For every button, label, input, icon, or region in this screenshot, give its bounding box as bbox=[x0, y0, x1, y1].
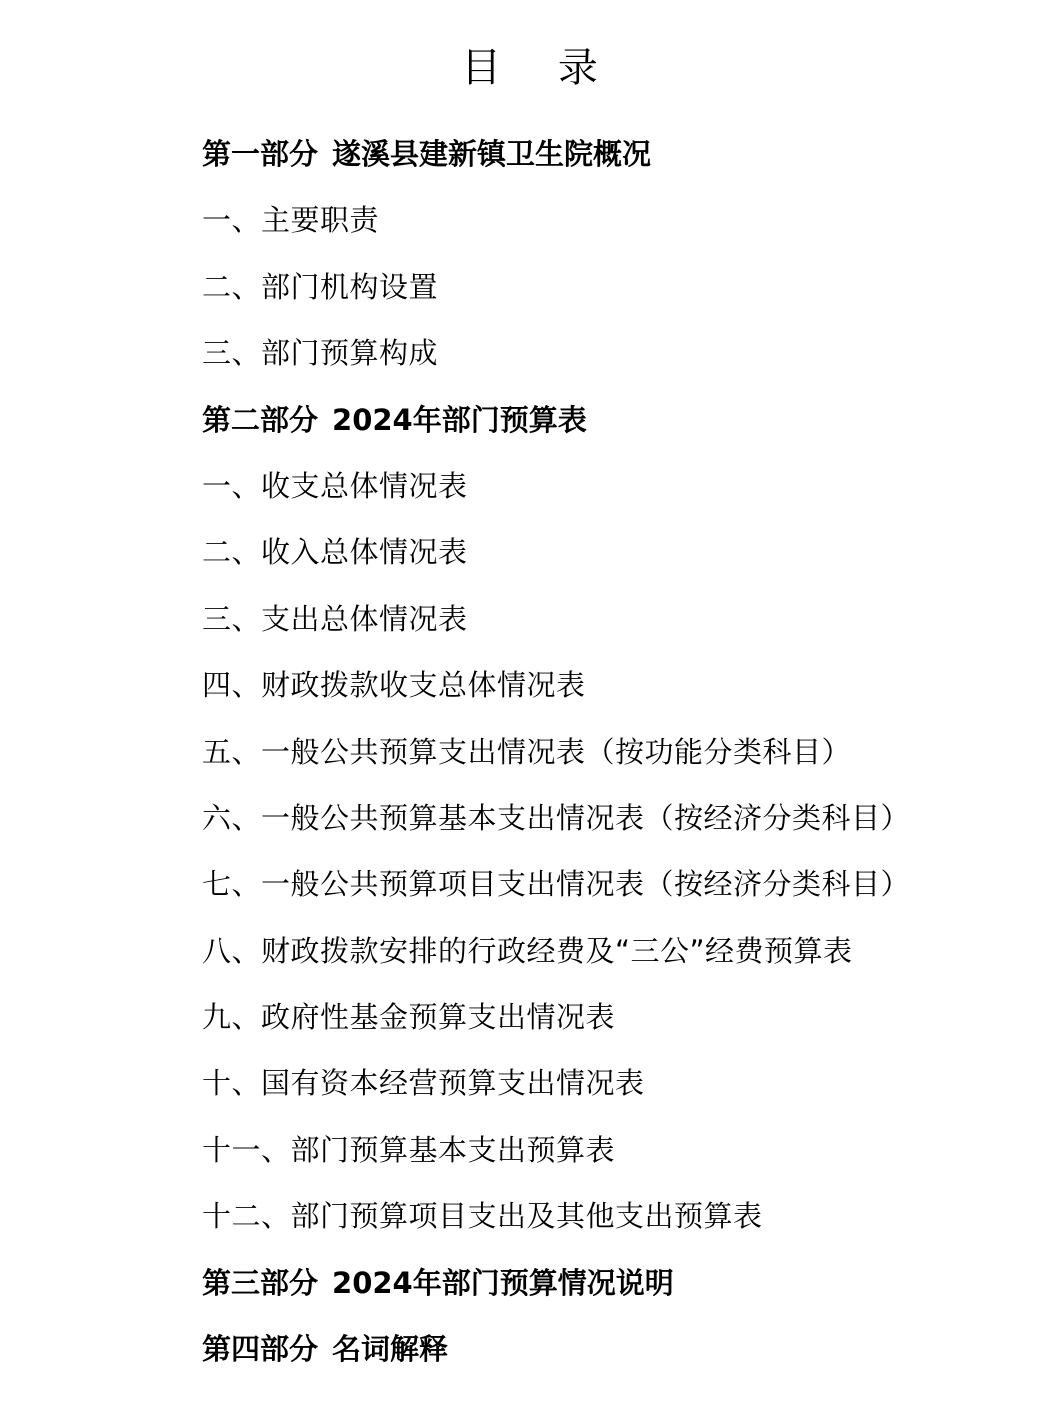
part-title: 遂溪县建新镇卫生院概况 bbox=[332, 137, 651, 171]
part-label: 第二部分 bbox=[202, 403, 318, 437]
toc-part-4: 第四部分名词解释 bbox=[202, 1328, 910, 1394]
toc-part-1: 第一部分遂溪县建新镇卫生院概况 bbox=[202, 133, 910, 199]
part-label: 第三部分 bbox=[202, 1266, 318, 1300]
part-label: 第四部分 bbox=[202, 1332, 318, 1366]
toc-item: 十二、部门预算项目支出及其他支出预算表 bbox=[202, 1195, 910, 1261]
toc-item: 一、主要职责 bbox=[202, 199, 910, 265]
part-title: 名词解释 bbox=[332, 1332, 448, 1366]
toc-item: 九、政府性基金预算支出情况表 bbox=[202, 996, 910, 1062]
toc-item: 七、一般公共预算项目支出情况表（按经济分类科目） bbox=[202, 863, 910, 929]
toc-item: 四、财政拨款收支总体情况表 bbox=[202, 664, 910, 730]
toc-list: 第一部分遂溪县建新镇卫生院概况 一、主要职责 二、部门机构设置 三、部门预算构成… bbox=[202, 133, 910, 1394]
toc-title: 目 录 bbox=[0, 40, 1051, 96]
toc-part-2: 第二部分2024年部门预算表 bbox=[202, 399, 910, 465]
document-page: 目 录 第一部分遂溪县建新镇卫生院概况 一、主要职责 二、部门机构设置 三、部门… bbox=[0, 0, 1051, 1401]
toc-part-3: 第三部分2024年部门预算情况说明 bbox=[202, 1262, 910, 1328]
toc-item: 五、一般公共预算支出情况表（按功能分类科目） bbox=[202, 731, 910, 797]
part-title: 2024年部门预算表 bbox=[332, 403, 587, 437]
toc-item: 二、收入总体情况表 bbox=[202, 531, 910, 597]
toc-item: 六、一般公共预算基本支出情况表（按经济分类科目） bbox=[202, 797, 910, 863]
toc-item: 三、部门预算构成 bbox=[202, 332, 910, 398]
toc-item: 三、支出总体情况表 bbox=[202, 598, 910, 664]
part-label: 第一部分 bbox=[202, 137, 318, 171]
toc-item: 八、财政拨款安排的行政经费及“三公”经费预算表 bbox=[202, 930, 910, 996]
toc-item: 十、国有资本经营预算支出情况表 bbox=[202, 1062, 910, 1128]
toc-item: 二、部门机构设置 bbox=[202, 266, 910, 332]
toc-item: 十一、部门预算基本支出预算表 bbox=[202, 1129, 910, 1195]
toc-item: 一、收支总体情况表 bbox=[202, 465, 910, 531]
part-title: 2024年部门预算情况说明 bbox=[332, 1266, 674, 1300]
